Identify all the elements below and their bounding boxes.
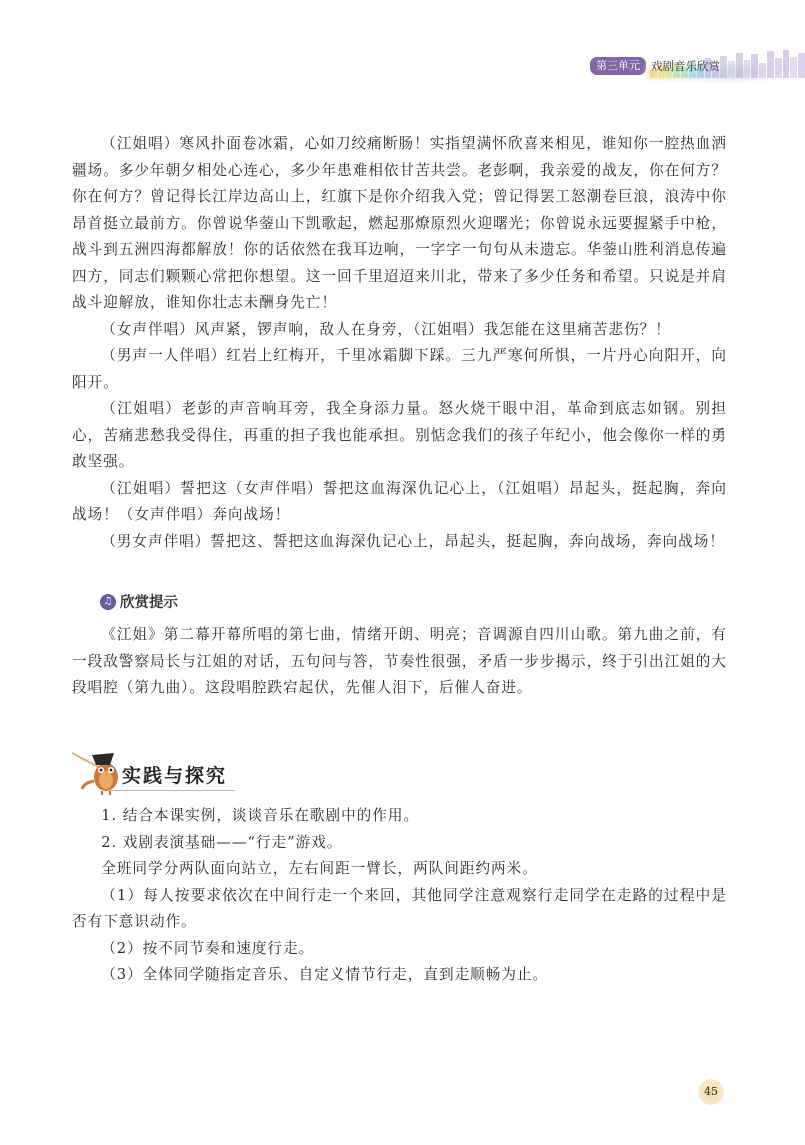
appreciation-body: 《江姐》第二幕开幕所唱的第七曲，情绪开朗、明亮；音调源自四川山歌。第九曲之前，有… [72,622,727,702]
practice-title: 实践与探究 [122,761,227,788]
practice-step: （3）全体同学随指定音乐、自定义情节行走，直到走顺畅为止。 [72,962,727,989]
practice-step: （1）每人按要求依次在中间行走一个来回，其他同学注意观察行走同学在走路的过程中是… [72,883,727,936]
lyrics-section: （江姐唱）寒风扑面卷冰霜，心如刀绞痛断肠！实指望满怀欣喜来相见，谁知你一腔热血洒… [72,131,727,555]
lyric-paragraph: （男女声伴唱）誓把这、誓把这血海深仇记心上，昂起头，挺起胸，奔向战场，奔向战场！ [72,529,727,556]
appreciation-heading: ♫ 欣赏提示 [100,591,178,612]
lyric-paragraph: （女声伴唱）风声紧，锣声响，敌人在身旁，（江姐唱）我怎能在这里痛苦悲伤？！ [72,317,727,344]
appreciation-title: 欣赏提示 [120,591,178,612]
practice-body: 1. 结合本课实例，谈谈音乐在歌剧中的作用。 2. 戏剧表演基础——“行走”游戏… [72,803,727,989]
practice-item: 2. 戏剧表演基础——“行走”游戏。 [72,830,727,857]
music-note-icon: ♫ [100,594,116,610]
appreciation-text: 《江姐》第二幕开幕所唱的第七曲，情绪开朗、明亮；音调源自四川山歌。第九曲之前，有… [72,622,727,702]
practice-heading: 实践与探究 [70,735,240,795]
heading-underline [110,790,235,791]
page-number: 45 [698,1079,724,1105]
lyric-paragraph: （江姐唱）寒风扑面卷冰霜，心如刀绞痛断肠！实指望满怀欣喜来相见，谁知你一腔热血洒… [72,131,727,317]
lyric-paragraph: （江姐唱）老彭的声音响耳旁，我全身添力量。怒火烧干眼中泪，革命到底志如钢。别担心… [72,396,727,476]
lyric-paragraph: （男声一人伴唱）红岩上红梅开，千里冰霜脚下踩。三九严寒何所惧，一片丹心向阳开，向… [72,343,727,396]
lyric-paragraph: （江姐唱）誓把这（女声伴唱）誓把这血海深仇记心上，（江姐唱）昂起头，挺起胸，奔向… [72,476,727,529]
unit-header: 第三单元 戏剧音乐欣赏 [590,56,805,76]
unit-badge: 第三单元 [590,57,646,75]
unit-title: 戏剧音乐欣赏 [651,58,720,74]
practice-intro: 全班同学分两队面向站立，左右间距一臂长，两队间距约两米。 [72,856,727,883]
practice-item: 1. 结合本课实例，谈谈音乐在歌剧中的作用。 [72,803,727,830]
owl-mascot-icon [70,737,130,797]
practice-step: （2）按不同节奏和速度行走。 [72,936,727,963]
